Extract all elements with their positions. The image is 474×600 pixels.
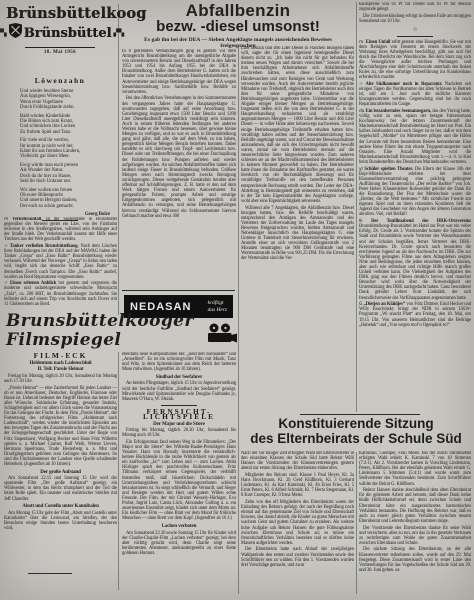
cinema-film-eck: FILM-ECK Heldentum nach Ladenschluß II. … xyxy=(4,352,117,568)
news-briefs-column-4: kaufspreise von 61 Pf für Diesel und 61 … xyxy=(359,2,471,414)
filmspiegel-headline: Brunsbüttelkooger Filmspiegel xyxy=(6,317,237,350)
main-article-headline: Abfallbenzin bezw. -diesel umsonst! Es g… xyxy=(120,2,356,49)
section-divider xyxy=(28,573,72,574)
film-title: Sindbad der Seefahrer xyxy=(122,375,236,381)
headline-line: Abfallbenzin xyxy=(120,2,356,19)
brief-text: Die Eltern der Klasse 10b der Boje-Mitte… xyxy=(359,167,471,218)
poem-stanza: Wir aber wollen uns freuen Ob eurer Blüt… xyxy=(4,188,116,210)
news-briefs-column-1: m Verkehrsunfall. In der Süderstraße in … xyxy=(4,217,117,317)
article-paragraph: Die Urteilsverkündung erfolgt in diesem … xyxy=(359,14,471,24)
news-brief: ☞ Einen seltenen Anblick bot gestern und… xyxy=(4,281,117,306)
film-projector-icon xyxy=(207,323,237,350)
brief-text: das den Vorzug hatte, völlig wahr zu sei… xyxy=(359,109,471,165)
column-rule xyxy=(356,452,357,594)
news-brief: yl Schüler spielten Theater. Die Eltern … xyxy=(359,167,471,218)
news-brief: da Ein bezauberndes Seemannsgarn, das de… xyxy=(359,109,471,165)
news-brief: ☞ Tanker verließen Brunsbüttelkoog. Nach… xyxy=(4,244,117,280)
film-review: Am Sonnabend 22.15 und Sonntag 15 Uhr wi… xyxy=(4,476,117,501)
article-paragraph: Nach der vor einiger Zeit erfolgten Wahl… xyxy=(241,451,354,471)
poem-stanza: Bald winden Kinderhände Die Blüten sich … xyxy=(4,114,116,136)
headline-line: des Elternbeirats der Schule Süd xyxy=(240,432,472,447)
film-title: II. Teil: Parole Heimat xyxy=(4,367,117,373)
film-review: „Parole Heimat“ — eine Zauberformel für … xyxy=(4,386,117,468)
article-paragraph: Kaminski, Csemper, Frau Meier. Bei der d… xyxy=(359,451,471,487)
article-paragraph: Die nächste Sitzung des Elternbeirats, a… xyxy=(359,547,471,572)
film-title: Heldentum nach Ladenschluß xyxy=(4,361,117,367)
masthead-rule xyxy=(25,47,95,48)
cinema-name: FILM-ECK xyxy=(4,353,117,358)
film-review: ebenfalls neue Kompositionen bei: „Seid … xyxy=(122,352,236,372)
film-review: Am Sonnabend 22.30 sowie Sonntag 15 Uhr … xyxy=(122,531,236,556)
article-paragraph: Der Vorsitzende des Elternbeirats dankte… xyxy=(359,526,471,546)
cinema-fernsicht-lichtspiele: ebenfalls neue Kompositionen bei: „Seid … xyxy=(122,352,236,590)
brief-text: Brunsbüttelkoog-Brunsbüttel im Hotel zur… xyxy=(359,224,471,300)
article-column-2: In 8 getrennten Verhandlungen ging es ge… xyxy=(122,49,236,288)
poem-stanza: Für viele seid ihr wertlos, Ihr kommt ja… xyxy=(4,138,116,160)
poem-title: Löwenzahn xyxy=(4,76,116,85)
news-brief: m Verkehrsunfall. In der Süderstraße in … xyxy=(4,217,117,242)
cinema-name: FERNSICHT-LICHTSPIELE xyxy=(122,409,236,419)
masthead: Brünsbüttelkoog ▞▚ Brünsbüttel ▞▚ 18. Ma… xyxy=(6,6,114,55)
headline-line: bezw. -diesel umsonst! xyxy=(120,19,356,34)
article-paragraph: Zehn von den elf Mitgliedern des Elternb… xyxy=(241,500,354,546)
article-paragraph: Bei den öffentlichen Vernehmungen in den… xyxy=(122,96,236,218)
article-column-3: Liter Benzin und 466 Liter Diesel in Fla… xyxy=(241,46,354,414)
poem-stanza: Ewig würde man euch preisen Als Wunder d… xyxy=(4,163,116,185)
film-showtimes: Freitag bis Montag, täglich 20 Uhr, Sonn… xyxy=(4,374,117,384)
film-title: Abott und Costello unter Kannibalen xyxy=(4,504,117,510)
poem-loewenzahn: Löwenzahn Und wieder leuchten Sterne Aus… xyxy=(4,76,116,224)
film-title: Lachen verboten xyxy=(122,524,236,530)
film-title: Der große Aufstand xyxy=(4,470,117,476)
section-divider xyxy=(397,36,433,37)
article-paragraph: In 8 getrennten Verhandlungen ging es ge… xyxy=(122,49,236,95)
masthead-title: Brünsbüttelkoog xyxy=(6,6,114,21)
ad-slogan: kräftigt das Herz xyxy=(208,300,227,312)
poem-stanza: Und wieder leuchten Sterne Aus üppigem W… xyxy=(4,89,116,111)
filmspiegel-title: Brunsbüttelkooger Filmspiegel xyxy=(6,312,207,350)
column-rule xyxy=(118,352,119,590)
column-rule xyxy=(118,4,119,315)
news-brief: ☞ Alte Südkammer noch in Reparatur. Nach… xyxy=(359,82,471,107)
article-paragraph: Der Elternbeirat hatte nach Ablauf der z… xyxy=(241,547,354,567)
town-crest-icon xyxy=(9,23,22,43)
article-paragraph: Mitglieder des Beirats sind: Klasse 1 Pa… xyxy=(241,473,354,498)
headline-line: Konstituierende Sitzung xyxy=(240,417,472,432)
news-brief: lk Der Tonfilmabend des DRK-Ortsvereins … xyxy=(359,219,471,301)
film-review: Ein Erfolgsroman fand seinen Weg in die … xyxy=(122,440,236,522)
article-paragraph: Rektor Hansen dankte abschließend dem al… xyxy=(359,488,471,524)
section-divider xyxy=(122,290,235,291)
elternbeirat-column-right: Kaminski, Csemper, Frau Meier. Bei der d… xyxy=(359,451,471,597)
section-divider xyxy=(300,414,420,415)
film-showtimes: Freitag bis Montag, täglich 20.30 Uhr, S… xyxy=(122,428,236,438)
film-title: Der Major und die Stiere xyxy=(122,422,236,428)
masthead-ornament-icon: ▞▚ xyxy=(0,30,7,37)
news-brief: G „Dietjen an Kläidjes“ von Fritz Dittme… xyxy=(359,302,471,327)
article-paragraph: Liter Benzin und 466 Liter Diesel in Fla… xyxy=(241,46,354,204)
elternbeirat-column-left: Nach der vor einiger Zeit erfolgten Wahl… xyxy=(241,451,354,597)
section-divider xyxy=(161,405,197,406)
brief-text: Nach dem Löschen ihrer Rohöladungen bei … xyxy=(4,244,117,280)
news-brief: m. Einen Unfall erlitt gestern eine Haus… xyxy=(359,40,471,81)
issue-date: 18. Mai 1956 xyxy=(6,50,114,55)
elternbeirat-headline: Konstituierende Sitzung des Elternbeirat… xyxy=(240,417,472,446)
film-review: Am Montag 15 Uhr geht der Film „Abott un… xyxy=(4,511,117,531)
ad-slogan-line: kräftigt xyxy=(208,300,224,306)
brief-text: erlitt gestern eine Hausgehilfin. Sie wa… xyxy=(359,40,471,81)
masthead-subtitle: Brünsbüttel xyxy=(24,26,112,41)
newspaper-page: Brünsbüttelkoog ▞▚ Brünsbüttel ▞▚ 18. Ma… xyxy=(0,0,474,600)
column-rule xyxy=(238,46,239,594)
article-paragraph: kaufspreise von 61 Pf für Diesel und 61 … xyxy=(359,2,471,12)
ad-slogan-line: das Herz xyxy=(208,307,227,313)
film-review: An beiden Pfingsttagen, täglich 15 Uhr i… xyxy=(122,381,236,401)
article-end-star-icon: ☆ xyxy=(359,26,471,33)
article-paragraph: Während alle 7 Angeklagten, die Abfallbe… xyxy=(241,206,354,262)
column-rule xyxy=(356,2,357,412)
